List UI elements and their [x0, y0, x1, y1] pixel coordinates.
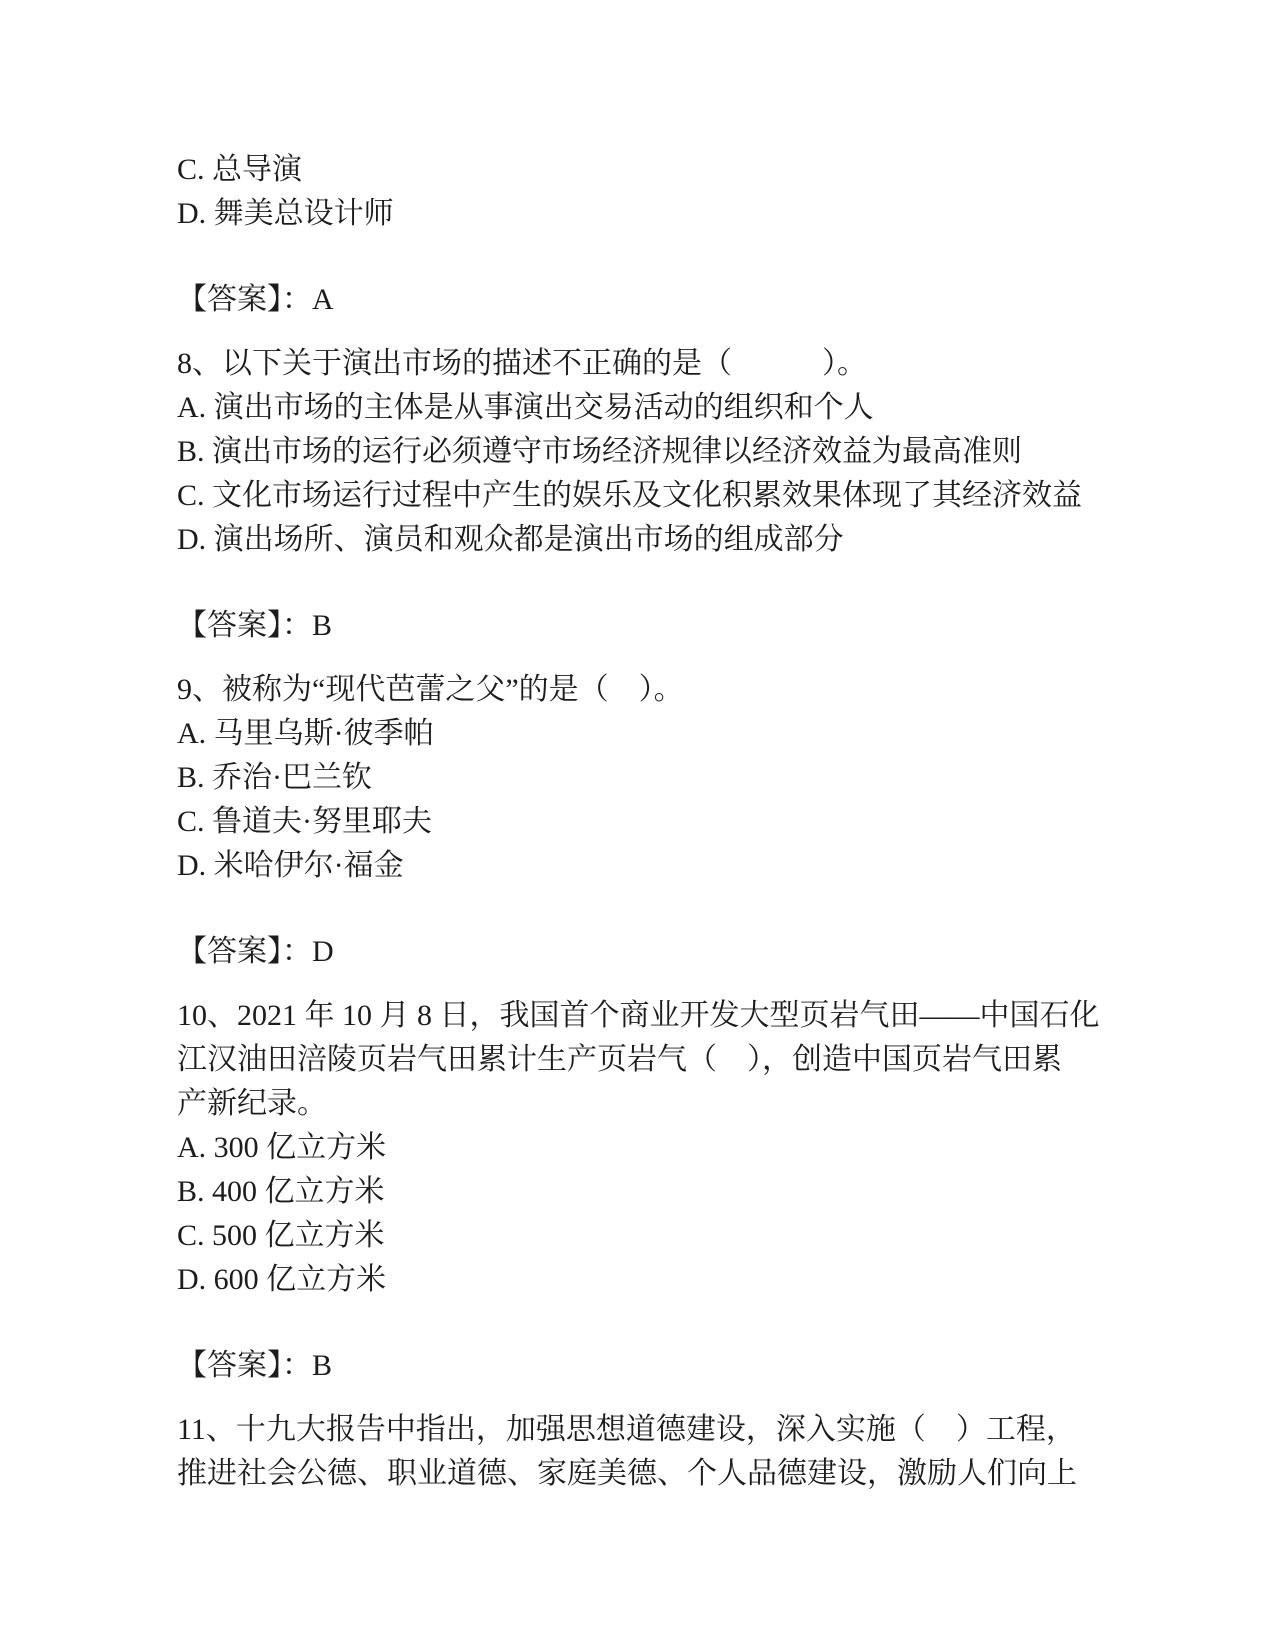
answer-line: 【答案】：D [177, 930, 1135, 974]
answer-line: 【答案】：B [177, 1344, 1135, 1388]
option-line: C. 500 亿立方米 [177, 1214, 1135, 1258]
option-line: B. 乔治·巴兰钦 [177, 756, 1135, 800]
question-continuation-line: 江汉油田涪陵页岩气田累计生产页岩气（ ），创造中国页岩气田累 [177, 1038, 1135, 1082]
question-continuation-line: 推进社会公德、职业道德、家庭美德、个人品德建设，激励人们向上 [177, 1452, 1135, 1496]
question-stem-line: 10、2021 年 10 月 8 日，我国首个商业开发大型页岩气田——中国石化 [177, 994, 1135, 1038]
option-line: C. 文化市场运行过程中产生的娱乐及文化积累效果体现了其经济效益 [177, 474, 1135, 518]
option-line: B. 400 亿立方米 [177, 1170, 1135, 1214]
option-line: C. 鲁道夫·努里耶夫 [177, 800, 1135, 844]
question-stem-line: 11、十九大报告中指出，加强思想道德建设，深入实施（ ）工程， [177, 1408, 1135, 1452]
question-stem-line: 9、被称为“现代芭蕾之父”的是（ ）。 [177, 668, 1135, 712]
question-continuation-line: 产新纪录。 [177, 1082, 1135, 1126]
option-line: D. 演出场所、演员和观众都是演出市场的组成部分 [177, 518, 1135, 562]
question-stem-line: 8、以下关于演出市场的描述不正确的是（ ）。 [177, 342, 1135, 386]
option-line: A. 马里乌斯·彼季帕 [177, 712, 1135, 756]
option-line: A. 300 亿立方米 [177, 1126, 1135, 1170]
answer-line: 【答案】：B [177, 604, 1135, 648]
answer-line: 【答案】：A [177, 278, 1135, 322]
option-line: A. 演出市场的主体是从事演出交易活动的组织和个人 [177, 386, 1135, 430]
option-line: D. 米哈伊尔·福金 [177, 844, 1135, 888]
option-line: D. 舞美总设计师 [177, 192, 1135, 236]
document-page: C. 总导演D. 舞美总设计师【答案】：A8、以下关于演出市场的描述不正确的是（… [0, 0, 1275, 1650]
option-line: C. 总导演 [177, 148, 1135, 192]
option-line: B. 演出市场的运行必须遵守市场经济规律以经济效益为最高准则 [177, 430, 1135, 474]
option-line: D. 600 亿立方米 [177, 1258, 1135, 1302]
